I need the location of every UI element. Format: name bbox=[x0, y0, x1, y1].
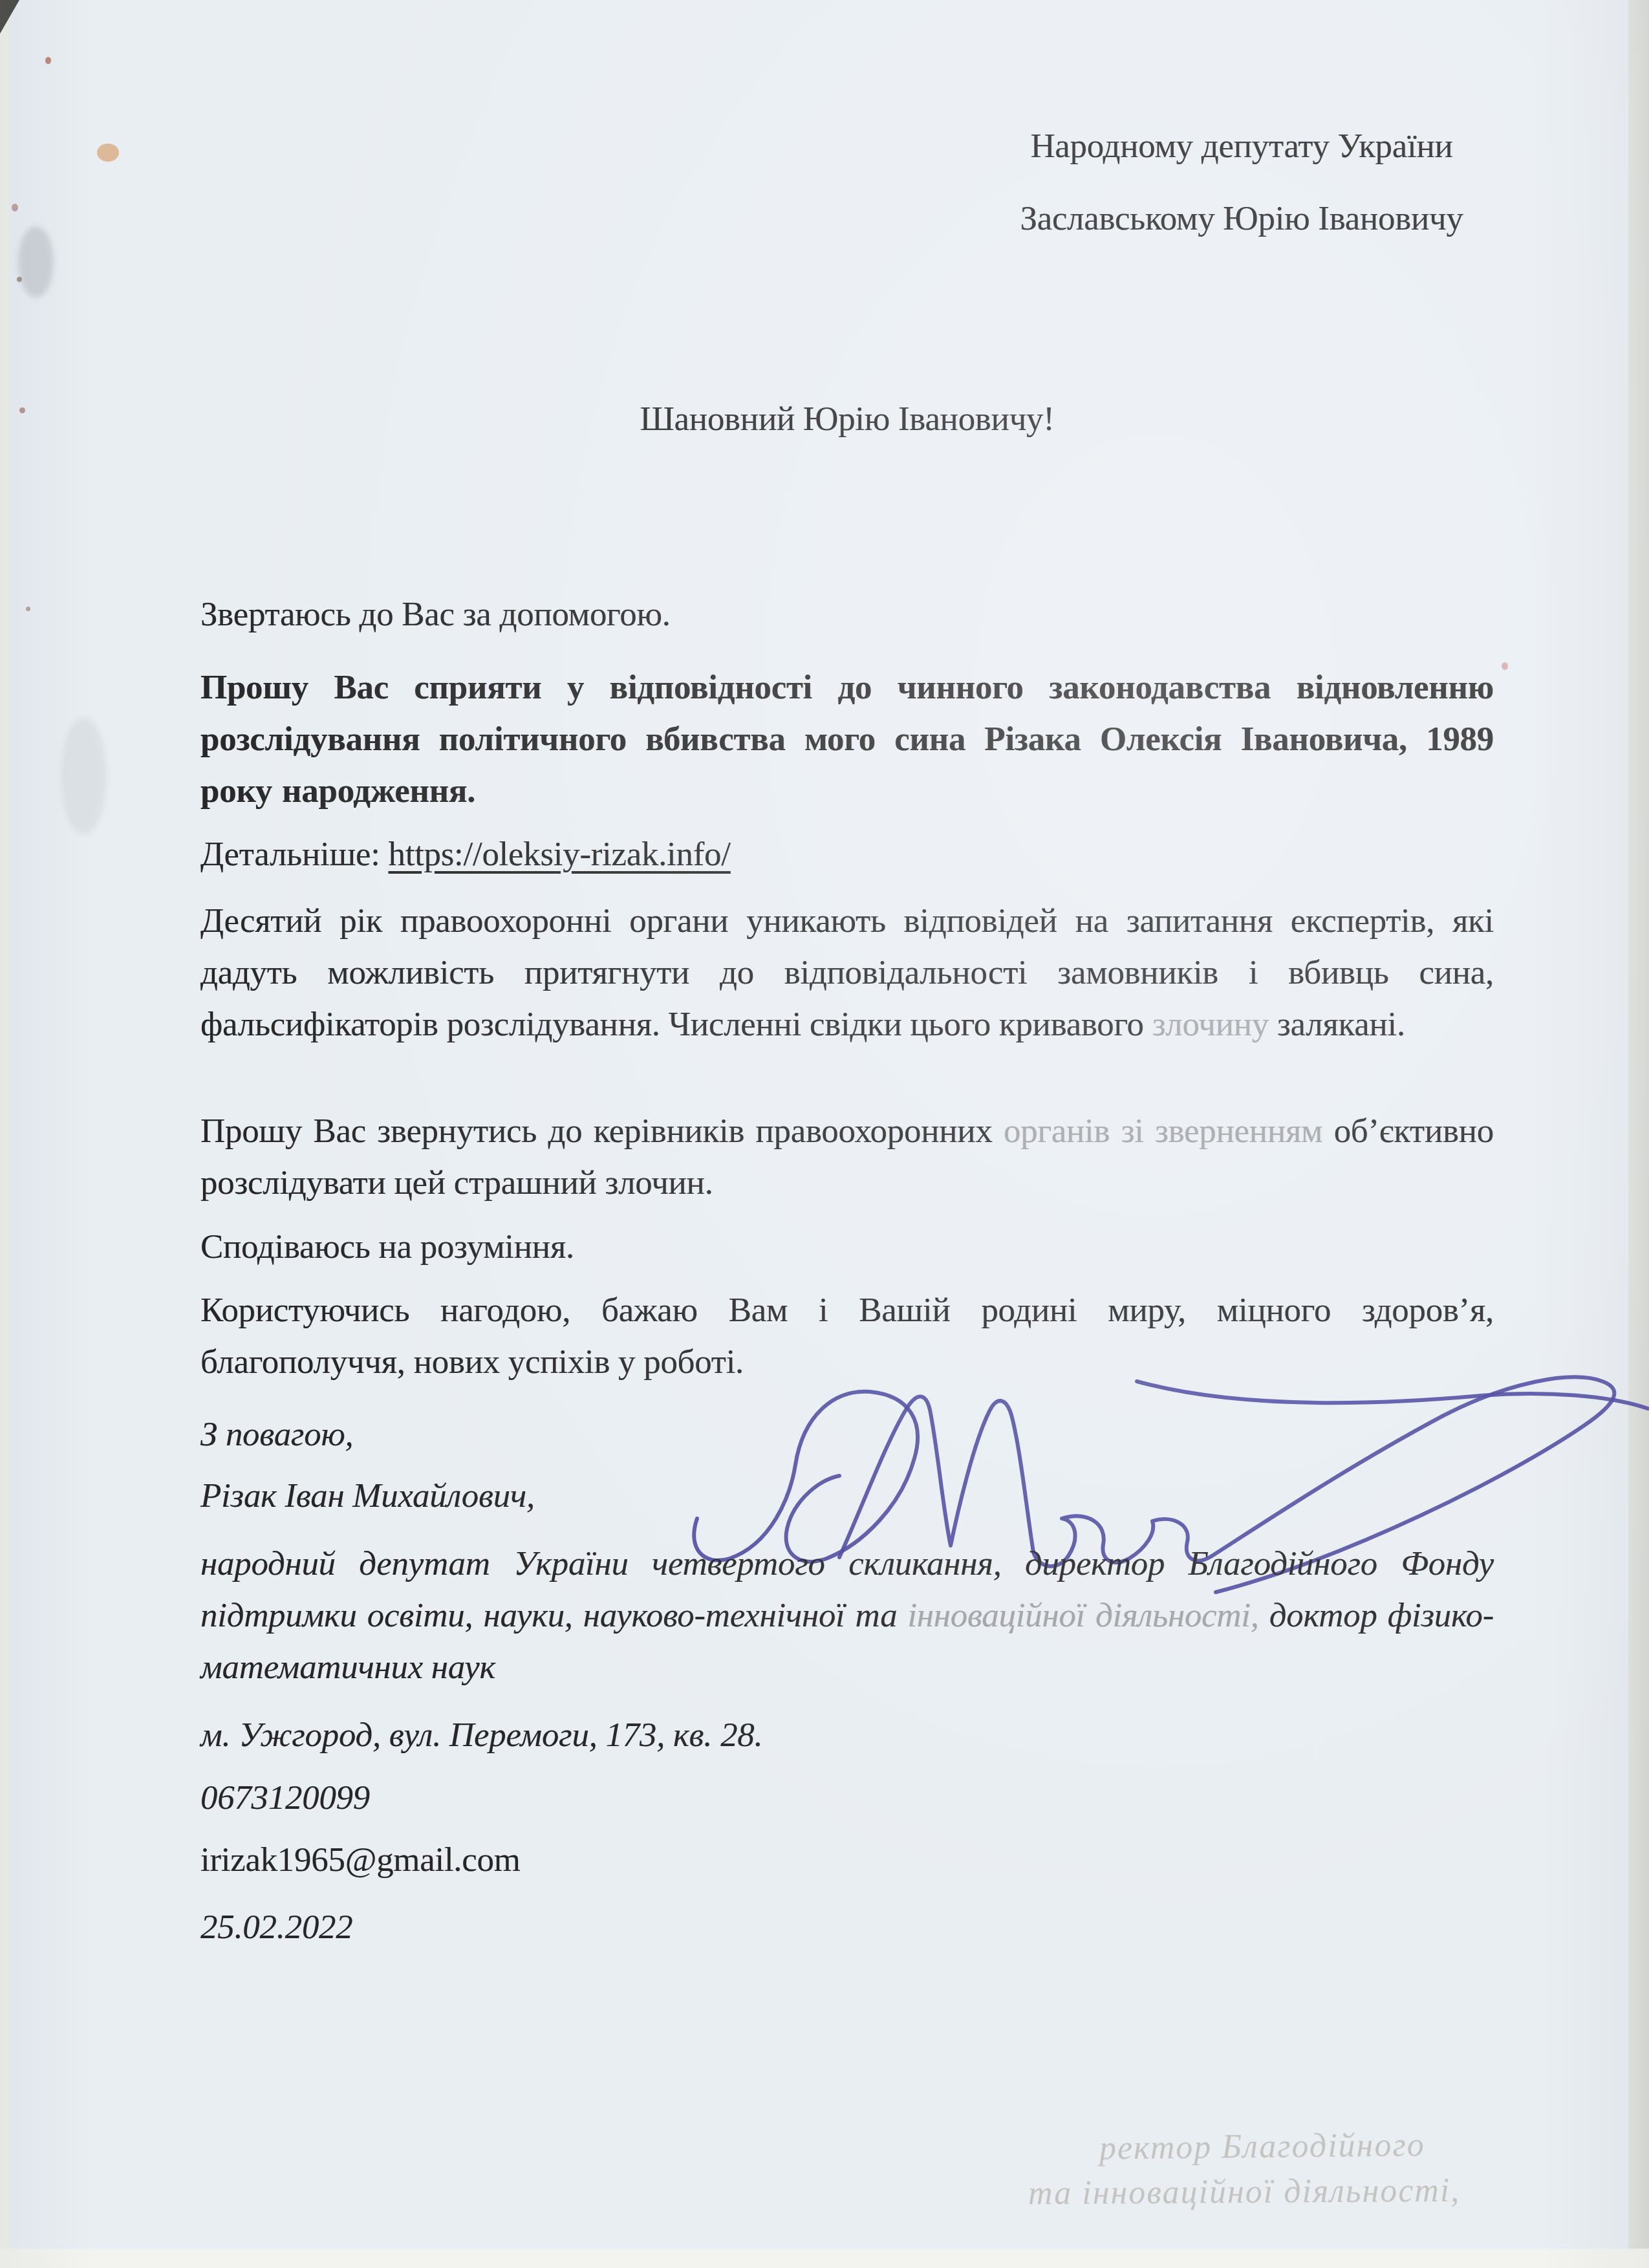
scanned-letter-page: Народному депутату України Заславському … bbox=[0, 0, 1649, 2268]
scan-smudge bbox=[61, 718, 107, 834]
ghost-text-2: та інноваційної діяльності, bbox=[1028, 2172, 1461, 2213]
ghost-text-1: ректор Благодійного bbox=[1099, 2126, 1425, 2167]
scan-speck bbox=[19, 407, 25, 413]
scan-speck bbox=[45, 57, 51, 64]
details-label: Детальніше: bbox=[200, 836, 389, 873]
signer-title: народний депутат України четвертого скли… bbox=[200, 1538, 1494, 1693]
scan-left-edge bbox=[0, 0, 9, 2268]
signer-phone: 0673120099 bbox=[200, 1772, 1494, 1824]
paragraph-appeal: Прошу Вас звернутись до керівників право… bbox=[200, 1105, 1494, 1209]
closing: З повагою, bbox=[200, 1409, 1494, 1460]
recipient-line-2: Заславському Юрію Івановичу bbox=[970, 182, 1513, 255]
scan-speck bbox=[17, 277, 22, 282]
paragraph-intro: Звертаюсь до Вас за допомогою. bbox=[200, 589, 1494, 640]
faded-word: злочину bbox=[1152, 1006, 1269, 1043]
scan-bottom-edge bbox=[0, 2249, 1649, 2268]
paragraph-hope: Сподіваюсь на розуміння. bbox=[200, 1221, 1494, 1273]
letter-date: 25.02.2022 bbox=[200, 1901, 1494, 1953]
faded-words: інноваційної діяльності, bbox=[907, 1597, 1258, 1634]
signer-email: irizak1965@gmail.com bbox=[200, 1834, 1494, 1886]
signer-address: м. Ужгород, вул. Перемоги, 173, кв. 28. bbox=[200, 1709, 1494, 1761]
paragraph-investigation: Десятий рік правоохоронні органи уникают… bbox=[200, 895, 1494, 1050]
details-link[interactable]: https://oleksiy-rizak.info/ bbox=[389, 836, 731, 873]
details-line: Детальніше: https://oleksiy-rizak.info/ bbox=[200, 828, 1494, 880]
recipient-line-1: Народному депутату України bbox=[970, 110, 1513, 182]
scan-speck bbox=[12, 204, 18, 211]
scan-speck bbox=[1502, 662, 1508, 670]
signer-name: Різак Іван Михайлович, bbox=[200, 1470, 1494, 1522]
scan-smudge bbox=[18, 226, 54, 297]
scan-corner-shadow bbox=[0, 0, 19, 34]
scan-speck bbox=[26, 607, 30, 611]
salutation: Шановний Юрію Івановичу! bbox=[200, 393, 1494, 445]
faded-words: органів зі зверненням bbox=[1004, 1112, 1322, 1150]
paragraph-request: Прошу Вас сприяти у відповідності до чин… bbox=[200, 662, 1494, 817]
scan-right-edge bbox=[1628, 0, 1649, 2268]
paragraph-wishes: Користуючись нагодою, бажаю Вам і Вашій … bbox=[200, 1284, 1494, 1388]
paragraph-investigation-end: залякані. bbox=[1269, 1006, 1405, 1043]
scan-stain bbox=[97, 144, 119, 162]
paragraph-appeal-text: Прошу Вас звернутись до керівників право… bbox=[200, 1112, 1004, 1150]
recipient-block: Народному депутату України Заславському … bbox=[970, 110, 1513, 255]
